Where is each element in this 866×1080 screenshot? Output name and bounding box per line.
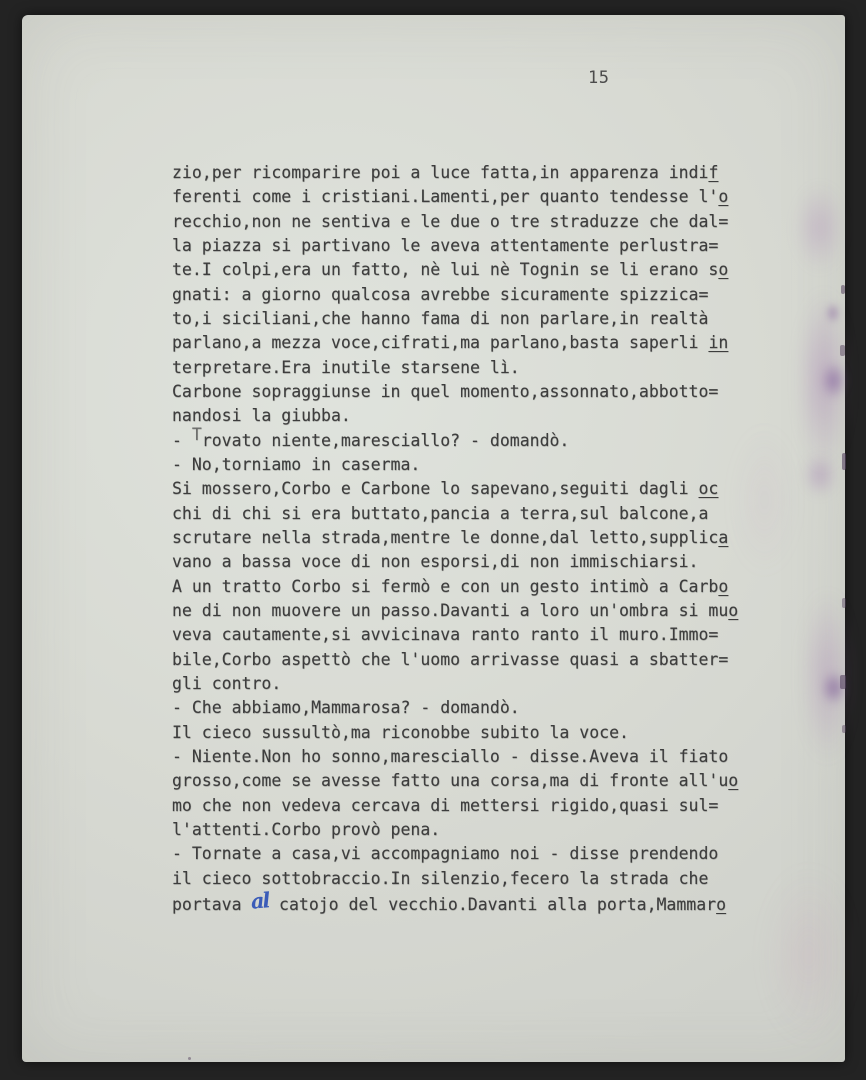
page-text: zio,per ricomparire poi a luce fatta,in … <box>172 161 738 915</box>
underlined-letter: o <box>718 577 728 596</box>
text-line: la piazza si partivano le aveva attentam… <box>172 234 738 258</box>
edge-speck <box>841 285 845 294</box>
text-line: Carbone sopraggiunse in quel momento,ass… <box>172 380 738 404</box>
text-line: parlano,a mezza voce,cifrati,ma parlano,… <box>172 331 738 355</box>
underlined-letter: o <box>728 771 738 790</box>
text-line: bile,Corbo aspettò che l'uomo arrivasse … <box>172 648 738 672</box>
underlined-letter: o <box>728 601 738 620</box>
ink-stain <box>821 297 845 329</box>
text-line: - No,torniamo in caserma. <box>172 453 738 477</box>
text-line: A un tratto Corbo si fermò e con un gest… <box>172 575 738 599</box>
edge-speck <box>188 1057 191 1060</box>
ink-stain <box>737 835 847 1075</box>
ink-stain <box>815 663 853 713</box>
text-line: - Niente.Non ho sonno,maresciallo - diss… <box>172 745 738 769</box>
text-line: terpretare.Era inutile starsene lì. <box>172 356 738 380</box>
ink-stain <box>790 535 852 770</box>
edge-speck <box>840 675 846 689</box>
text-line: l'attenti.Corbo provò pena. <box>172 818 738 842</box>
underlined-letter: oc <box>699 479 719 498</box>
edge-speck <box>842 725 846 733</box>
underlined-letter: a <box>718 528 728 547</box>
underlined-letter: o <box>716 895 726 914</box>
text-line: te.I colpi,era un fatto, nè lui nè Togni… <box>172 258 738 282</box>
handwritten-correction-ink: al <box>250 888 270 914</box>
text-line: mo che non vedeva cercava di mettersi ri… <box>172 794 738 818</box>
text-line: chi di chi si era buttato,pancia a terra… <box>172 502 738 526</box>
text-line: zio,per ricomparire poi a luce fatta,in … <box>172 161 738 185</box>
text-line: ferenti come i cristiani.Lamenti,per qua… <box>172 185 738 209</box>
text-line: portava al catojo del vecchio.Davanti al… <box>172 891 738 915</box>
edge-speck <box>842 598 846 608</box>
text-line: nandosi la giubba. <box>172 404 738 428</box>
text-line: - Che abbiamo,Mammarosa? - domandò. <box>172 696 738 720</box>
text-line: grosso,come se avesse fatto una corsa,ma… <box>172 769 738 793</box>
ink-stain <box>784 280 850 530</box>
edge-speck <box>842 453 846 470</box>
edge-speck <box>840 345 845 356</box>
underlined-letter: f <box>708 163 718 182</box>
text-line: - Tornate a casa,vi accompagniamo noi - … <box>172 842 738 866</box>
page-number: 15 <box>588 68 609 88</box>
typewritten-page: 15 zio,per ricomparire poi a luce fatta,… <box>22 15 845 1062</box>
underlined-letter: o <box>718 187 728 206</box>
text-line: scrutare nella strada,mentre le donne,da… <box>172 526 738 550</box>
text-line: recchio,non ne sentiva e le due o tre st… <box>172 210 738 234</box>
ink-stain <box>815 353 853 408</box>
text-line: veva cautamente,si avvicinava ranto rant… <box>172 623 738 647</box>
text-line: to,i siciliani,che hanno fama di non par… <box>172 307 738 331</box>
text-line: - Trovato niente,maresciallo? - domandò. <box>172 429 738 453</box>
half-struck-letter: T <box>192 423 202 447</box>
text-line: Si mossero,Corbo e Carbone lo sapevano,s… <box>172 477 738 501</box>
ink-stain <box>780 165 852 290</box>
text-line: ne di non muovere un passo.Davanti a lor… <box>172 599 738 623</box>
text-line: vano a bassa voce di non esporsi,di non … <box>172 550 738 574</box>
underlined-letter: o <box>718 260 728 279</box>
text-line: Il cieco sussultò,ma riconobbe subito la… <box>172 721 738 745</box>
text-line: gli contro. <box>172 672 738 696</box>
text-line: gnati: a giorno qualcosa avrebbe sicuram… <box>172 283 738 307</box>
underlined-letter: in <box>708 333 728 352</box>
ink-stain <box>795 443 845 507</box>
